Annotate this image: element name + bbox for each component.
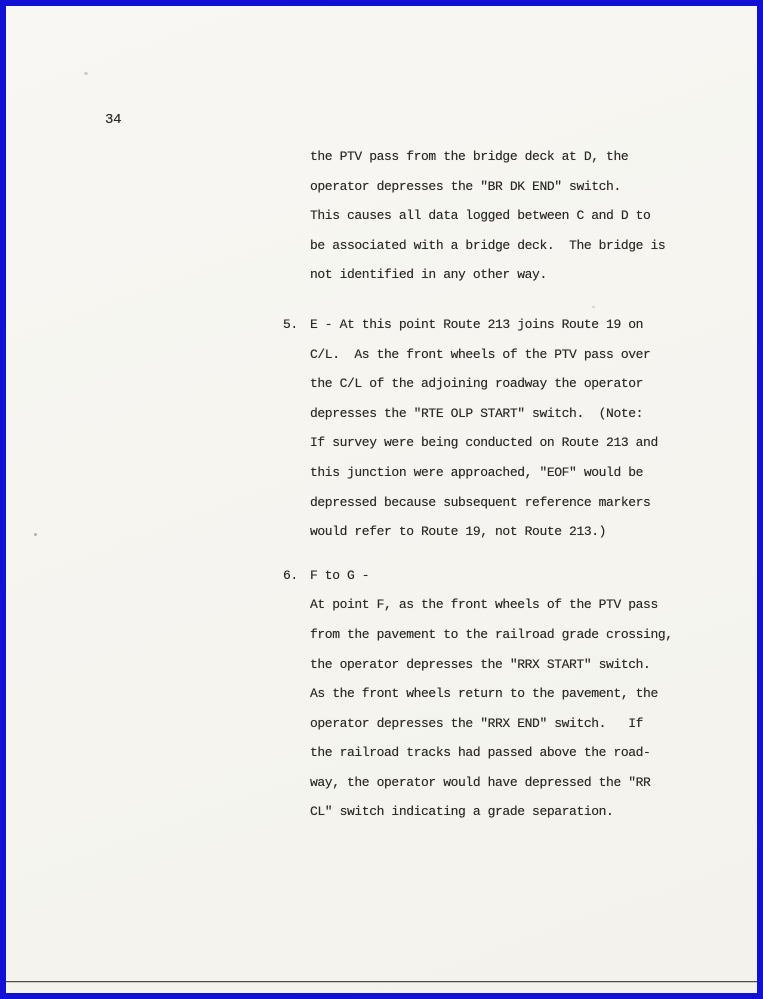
text-line: As the front wheels return to the paveme… <box>310 679 720 709</box>
text-line: from the pavement to the railroad grade … <box>310 620 720 650</box>
list-item-number: 5. <box>283 310 298 340</box>
document-body: the PTV pass from the bridge deck at D, … <box>310 142 720 827</box>
document-page: 34 the PTV pass from the bridge deck at … <box>0 0 763 999</box>
text-line: operator depresses the "BR DK END" switc… <box>310 172 720 202</box>
text-line: would refer to Route 19, not Route 213.) <box>310 517 720 547</box>
scan-artifact-line <box>6 981 757 982</box>
text-line: the PTV pass from the bridge deck at D, … <box>310 142 720 172</box>
text-line: At point F, as the front wheels of the P… <box>310 590 720 620</box>
text-line: CL" switch indicating a grade separation… <box>310 797 720 827</box>
text-line: This causes all data logged between C an… <box>310 201 720 231</box>
text-line: depressed because subsequent reference m… <box>310 488 720 518</box>
list-item-number: 6. <box>283 561 298 591</box>
text-line: If survey were being conducted on Route … <box>310 428 720 458</box>
list-item-6: 6. F to G - At point F, as the front whe… <box>310 561 720 827</box>
text-line: E - At this point Route 213 joins Route … <box>310 310 720 340</box>
text-line: F to G - <box>310 561 720 591</box>
text-line: not identified in any other way. <box>310 260 720 290</box>
text-line: the operator depresses the "RRX START" s… <box>310 650 720 680</box>
list-item-5: 5. E - At this point Route 213 joins Rou… <box>310 310 720 547</box>
text-line: C/L. As the front wheels of the PTV pass… <box>310 340 720 370</box>
scan-speck <box>84 72 88 75</box>
text-line: be associated with a bridge deck. The br… <box>310 231 720 261</box>
text-line: the railroad tracks had passed above the… <box>310 738 720 768</box>
paragraph-continuation: the PTV pass from the bridge deck at D, … <box>310 142 720 290</box>
text-line: way, the operator would have depressed t… <box>310 768 720 798</box>
text-line: this junction were approached, "EOF" wou… <box>310 458 720 488</box>
text-line: operator depresses the "RRX END" switch.… <box>310 709 720 739</box>
text-line: the C/L of the adjoining roadway the ope… <box>310 369 720 399</box>
page-number: 34 <box>105 112 121 128</box>
scan-speck <box>34 533 37 536</box>
scan-speck <box>592 306 595 308</box>
text-line: depresses the "RTE OLP START" switch. (N… <box>310 399 720 429</box>
